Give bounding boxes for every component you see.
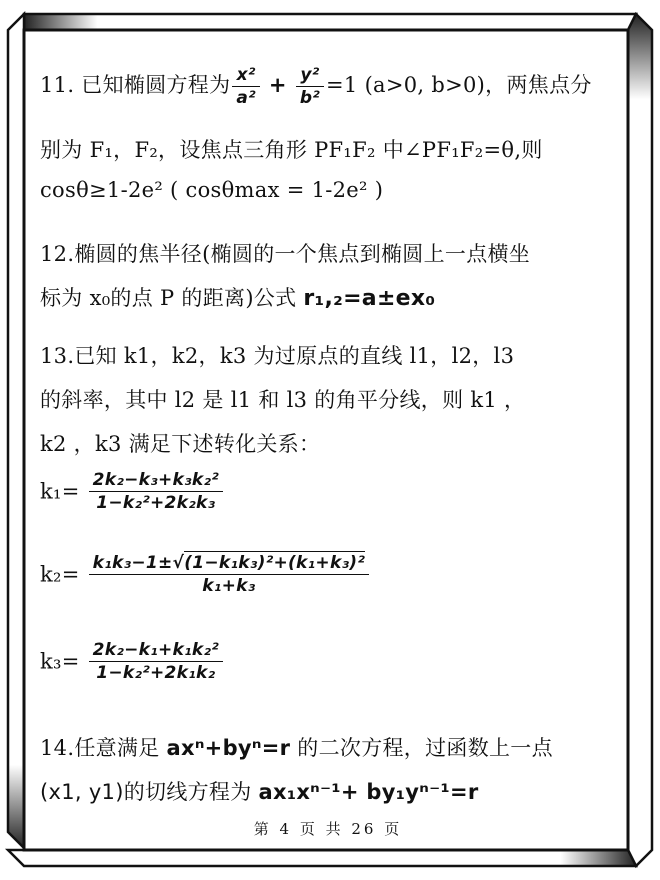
fraction-y2-b2: y²b² bbox=[296, 65, 324, 108]
focal-radius-formula: r₁,₂=a±ex₀ bbox=[303, 286, 435, 311]
item-12-line-1: 12.椭圆的焦半径(椭圆的一个焦点到椭圆上一点横坐 bbox=[40, 238, 530, 268]
item-13-line-2: 的斜率，其中 l2 是 l1 和 l3 的角平分线，则 k1 ， bbox=[40, 384, 525, 414]
item-13-line-3: k2 ，k3 满足下述转化关系： bbox=[40, 428, 320, 458]
formula-k3: k₃= 2k₂−k₁+k₁k₂²1−k₂²+2k₁k₂ bbox=[40, 640, 225, 683]
item-14-line-1: 14.任意满足 axⁿ+byⁿ=r 的二次方程，过函数上一点 bbox=[40, 732, 553, 762]
item-number: 12. bbox=[40, 242, 74, 266]
page-number-footer: 第 4 页 共 26 页 bbox=[28, 818, 628, 839]
item-number: 13. bbox=[40, 344, 74, 368]
formula-k1: k₁= 2k₂−k₃+k₃k₂²1−k₂²+2k₂k₃ bbox=[40, 470, 225, 513]
item-14-line-2: (x1, y1)的切线方程为 ax₁xⁿ⁻¹+ by₁yⁿ⁻¹=r bbox=[40, 776, 479, 806]
item-12-line-2: 标为 x₀的点 P 的距离)公式 r₁,₂=a±ex₀ bbox=[40, 282, 435, 312]
item-11-line-2: 别为 F₁，F₂，设焦点三角形 PF₁F₂ 中∠PF₁F₂=θ,则 bbox=[40, 134, 543, 164]
item-11-line-3: cosθ≥1-2e² ( cosθmax = 1-2e² ) bbox=[40, 178, 383, 202]
fraction-x2-a2: x²a² bbox=[232, 65, 260, 108]
item-number: 14. bbox=[40, 736, 74, 760]
formula-k2: k₂= k₁k₃−1±√(1−k₁k₃)²+(k₁+k₃)²k₁+k₃ bbox=[40, 553, 371, 596]
item-13-line-1: 13.已知 k1，k2，k3 为过原点的直线 l1，l2，l3 bbox=[40, 340, 514, 370]
item-number: 11. bbox=[40, 73, 74, 97]
item-11-line-1: 11. 已知椭圆方程为x²a² + y²b²=1 (a>0, b>0)，两焦点分 bbox=[40, 65, 592, 108]
document-page: 11. 已知椭圆方程为x²a² + y²b²=1 (a>0, b>0)，两焦点分… bbox=[28, 38, 628, 838]
